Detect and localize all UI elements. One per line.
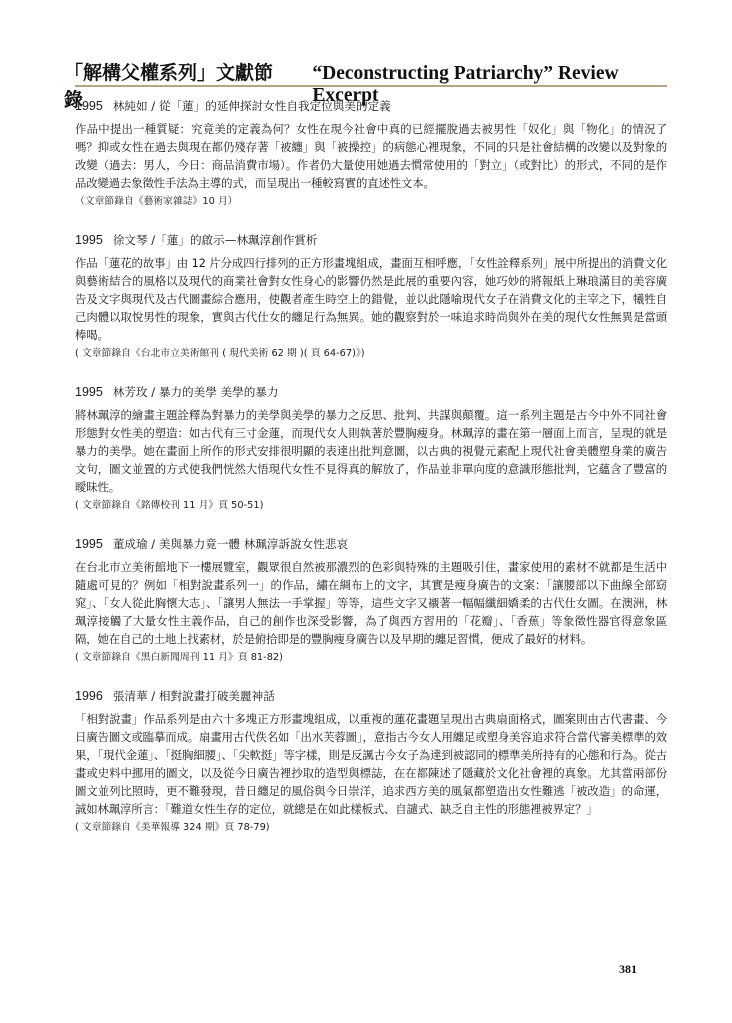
document-page: 「解構父權系列」文獻節錄 “Deconstructing Patriarchy”…: [75, 58, 667, 84]
excerpt-source: ( 文章節錄自《台北市立美術館刊 ( 現代美術 62 期 )( 頁 64-67)…: [75, 346, 667, 362]
excerpt-title: 林純如 / 從「蓮」的延伸探討女性自我定位與美的定義: [113, 99, 391, 113]
excerpt-heading: 1996張清華 / 相對說畫打破美麗神話: [75, 688, 667, 704]
excerpt-body: 在台北市立美術館地下一樓展覽室，觀眾很自然被那濃烈的色彩與特殊的主題吸引住，畫家…: [75, 558, 667, 648]
excerpt-title: 徐文琴 /「蓮」的啟示—林珮淳創作賞析: [113, 233, 318, 247]
page-header: 「解構父權系列」文獻節錄 “Deconstructing Patriarchy”…: [75, 58, 667, 84]
excerpt-section: 1995徐文琴 /「蓮」的啟示—林珮淳創作賞析 作品「蓮花的故事」由 12 片分…: [75, 232, 667, 362]
excerpt-title: 董成瑜 / 美與暴力竟一體 林珮淳訴說女性悲哀: [113, 537, 348, 551]
excerpt-section: 1995董成瑜 / 美與暴力竟一體 林珮淳訴說女性悲哀 在台北市立美術館地下一樓…: [75, 536, 667, 666]
excerpt-heading: 1995林芳玫 / 暴力的美學 美學的暴力: [75, 384, 667, 400]
excerpt-heading: 1995徐文琴 /「蓮」的啟示—林珮淳創作賞析: [75, 232, 667, 248]
excerpt-year: 1995: [75, 99, 103, 113]
excerpt-body: 將林珮淳的繪畫主題詮釋為對暴力的美學與美學的暴力之反思、批判、共謀與顛覆。這一系…: [75, 406, 667, 496]
excerpt-source: ( 文章節錄自《黑白新聞周刊 11 月》頁 81-82): [75, 650, 667, 666]
excerpt-year: 1995: [75, 537, 103, 551]
excerpt-year: 1995: [75, 233, 103, 247]
excerpt-year: 1996: [75, 689, 103, 703]
excerpt-body: 作品中提出一種質疑：究竟美的定義為何？女性在現今社會中真的已經擺脫過去被男性「奴…: [75, 120, 667, 192]
excerpt-section: 1995林芳玫 / 暴力的美學 美學的暴力 將林珮淳的繪畫主題詮釋為對暴力的美學…: [75, 384, 667, 514]
excerpt-body: 「相對說畫」作品系列是由六十多塊正方形畫塊組成，以重複的蓮花畫題呈現出古典扇面格…: [75, 710, 667, 818]
header-divider: [75, 85, 667, 87]
excerpt-list: 1995林純如 / 從「蓮」的延伸探討女性自我定位與美的定義 作品中提出一種質疑…: [75, 98, 667, 858]
excerpt-heading: 1995林純如 / 從「蓮」的延伸探討女性自我定位與美的定義: [75, 98, 667, 114]
excerpt-section: 1996張清華 / 相對說畫打破美麗神話 「相對說畫」作品系列是由六十多塊正方形…: [75, 688, 667, 836]
excerpt-body: 作品「蓮花的故事」由 12 片分成四行排列的正方形畫塊組成，畫面互相呼應，「女性…: [75, 254, 667, 344]
excerpt-title: 張清華 / 相對說畫打破美麗神話: [113, 689, 275, 703]
excerpt-source: （文章節錄自《藝術家雜誌》10 月）: [75, 194, 667, 210]
excerpt-year: 1995: [75, 385, 103, 399]
excerpt-source: ( 文章節錄自《美華報導 324 期》頁 78-79): [75, 820, 667, 836]
excerpt-section: 1995林純如 / 從「蓮」的延伸探討女性自我定位與美的定義 作品中提出一種質疑…: [75, 98, 667, 210]
excerpt-title: 林芳玫 / 暴力的美學 美學的暴力: [113, 385, 279, 399]
excerpt-heading: 1995董成瑜 / 美與暴力竟一體 林珮淳訴說女性悲哀: [75, 536, 667, 552]
excerpt-source: ( 文章節錄自《銘傳校刊 11 月》頁 50-51): [75, 498, 667, 514]
page-number: 381: [619, 962, 637, 977]
